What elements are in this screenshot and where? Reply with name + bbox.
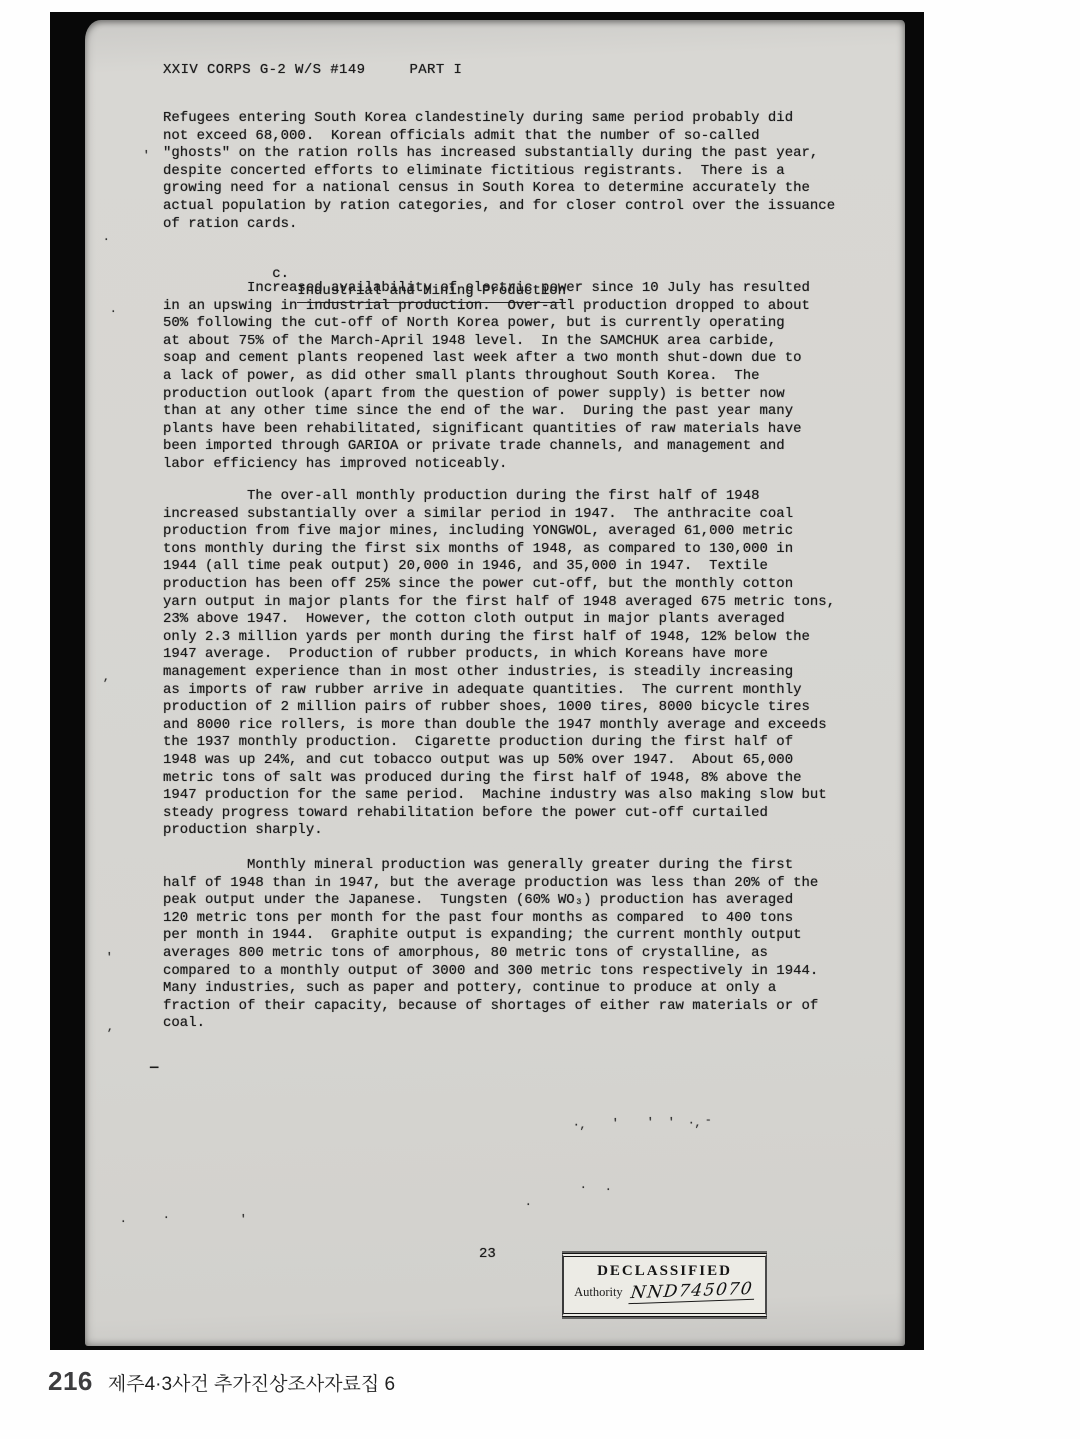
text-line: only 2.3 million yards per month during … <box>163 629 835 647</box>
text-line: tons monthly during the first six months… <box>163 541 835 559</box>
text-line: metric tons of salt was produced during … <box>163 770 835 788</box>
text-line: coal. <box>163 1015 818 1033</box>
scan-speckle: . <box>163 1208 170 1226</box>
scan-speckle: - <box>705 1113 712 1131</box>
text-line: soap and cement plants reopened last wee… <box>163 350 810 368</box>
text-line: compared to a monthly output of 3000 and… <box>163 963 818 981</box>
text-line: despite concerted efforts to eliminate f… <box>163 163 835 181</box>
stamp-authority-row: Authority NND745070 <box>564 1281 765 1302</box>
text-line: half of 1948 than in 1947, but the avera… <box>163 875 818 893</box>
stamp-title: DECLASSIFIED <box>564 1263 765 1280</box>
declassified-stamp: DECLASSIFIED Authority NND745070 <box>562 1253 767 1317</box>
text-line: labor efficiency has improved noticeably… <box>163 456 810 474</box>
caption-title: 제주4·3사건 추가진상조사자료집 6 <box>108 1369 395 1396</box>
scan-speckle: ' <box>647 1115 654 1133</box>
text-line: the 1937 monthly production. Cigarette p… <box>163 734 835 752</box>
scan-speckle: . <box>103 230 110 248</box>
text-line: been imported through GARIOA or private … <box>163 438 810 456</box>
text-line: per month in 1944. Graphite output is ex… <box>163 927 818 945</box>
text-line: Monthly mineral production was generally… <box>163 857 818 875</box>
book-caption: 216 제주4·3사건 추가진상조사자료집 6 <box>48 1366 395 1397</box>
scan-speckle: ' <box>612 1116 619 1134</box>
text-line: The over-all monthly production during t… <box>163 488 835 506</box>
paragraph-mineral-production: Monthly mineral production was generally… <box>163 857 818 1033</box>
scan-speckle: . <box>580 1178 587 1196</box>
text-line: at about 75% of the March-April 1948 lev… <box>163 333 810 351</box>
caption-page-number: 216 <box>48 1366 93 1397</box>
scan-speckle: ·, <box>573 1118 586 1136</box>
scan-speckle: . <box>120 1212 127 1230</box>
text-line: of ration cards. <box>163 216 835 234</box>
text-line: yarn output in major plants for the firs… <box>163 594 835 612</box>
text-line: Refugees entering South Korea clandestin… <box>163 110 835 128</box>
text-line: 1944 (all time peak output) 20,000 in 19… <box>163 558 835 576</box>
stamp-authority-label: Authority <box>574 1285 623 1299</box>
scan-speckle: ' <box>668 1115 675 1133</box>
document-header: XXIV CORPS G-2 W/S #149 PART I <box>163 62 462 80</box>
text-line: Increased availability of electric power… <box>163 280 810 298</box>
text-line: production from five major mines, includ… <box>163 523 835 541</box>
text-line: as imports of raw rubber arrive in adequ… <box>163 682 835 700</box>
text-line: management experience than in most other… <box>163 664 835 682</box>
text-line: production outlook (apart from the quest… <box>163 386 810 404</box>
page-number: 23 <box>479 1246 496 1264</box>
text-line: than at any other time since the end of … <box>163 403 810 421</box>
scan-speckle: . <box>605 1180 612 1198</box>
scan-speckle: ' <box>106 950 113 968</box>
text-line: peak output under the Japanese. Tungsten… <box>163 892 818 910</box>
document-photo: XXIV CORPS G-2 W/S #149 PART I Refugees … <box>50 12 924 1350</box>
scan-speckle: . <box>110 302 117 320</box>
text-line: "ghosts" on the ration rolls has increas… <box>163 145 835 163</box>
text-line: production sharply. <box>163 822 835 840</box>
scanned-page: XXIV CORPS G-2 W/S #149 PART I Refugees … <box>85 20 905 1346</box>
text-line: 120 metric tons per month for the past f… <box>163 910 818 928</box>
text-line: actual population by ration categories, … <box>163 198 835 216</box>
scan-speckle: . <box>525 1195 532 1213</box>
book-page: XXIV CORPS G-2 W/S #149 PART I Refugees … <box>0 0 1080 1439</box>
paragraph-refugees: Refugees entering South Korea clandestin… <box>163 110 835 233</box>
scan-speckle: , <box>103 670 110 688</box>
text-line: 1947 average. Production of rubber produ… <box>163 646 835 664</box>
text-line: production of 2 million pairs of rubber … <box>163 699 835 717</box>
scan-speckle: , <box>107 1020 114 1038</box>
scan-speckle: ' <box>143 148 150 166</box>
paragraph-electric-power: Increased availability of electric power… <box>163 280 810 474</box>
text-line: a lack of power, as did other small plan… <box>163 368 810 386</box>
text-line: averages 800 metric tons of amorphous, 8… <box>163 945 818 963</box>
text-line: plants have been rehabilitated, signific… <box>163 421 810 439</box>
text-line: 50% following the cut-off of North Korea… <box>163 315 810 333</box>
scan-speckle: ' <box>240 1212 247 1230</box>
text-line: steady progress toward rehabilitation be… <box>163 805 835 823</box>
text-line: 1947 production for the same period. Mac… <box>163 787 835 805</box>
margin-dash: — <box>150 1060 158 1078</box>
stamp-authority-number: NND745070 <box>629 1279 757 1304</box>
text-line: in an upswing in industrial production. … <box>163 298 810 316</box>
text-line: 1948 was up 24%, and cut tobacco output … <box>163 752 835 770</box>
text-line: increased substantially over a similar p… <box>163 506 835 524</box>
paragraph-monthly-production: The over-all monthly production during t… <box>163 488 835 840</box>
text-line: 23% above 1947. However, the cotton clot… <box>163 611 835 629</box>
text-line: growing need for a national census in So… <box>163 180 835 198</box>
text-line: and 8000 rice rollers, is more than doub… <box>163 717 835 735</box>
text-line: fraction of their capacity, because of s… <box>163 998 818 1016</box>
scan-speckle: ·, <box>688 1116 701 1134</box>
text-line: not exceed 68,000. Korean officials admi… <box>163 128 835 146</box>
text-line: Many industries, such as paper and potte… <box>163 980 818 998</box>
text-line: production has been off 25% since the po… <box>163 576 835 594</box>
